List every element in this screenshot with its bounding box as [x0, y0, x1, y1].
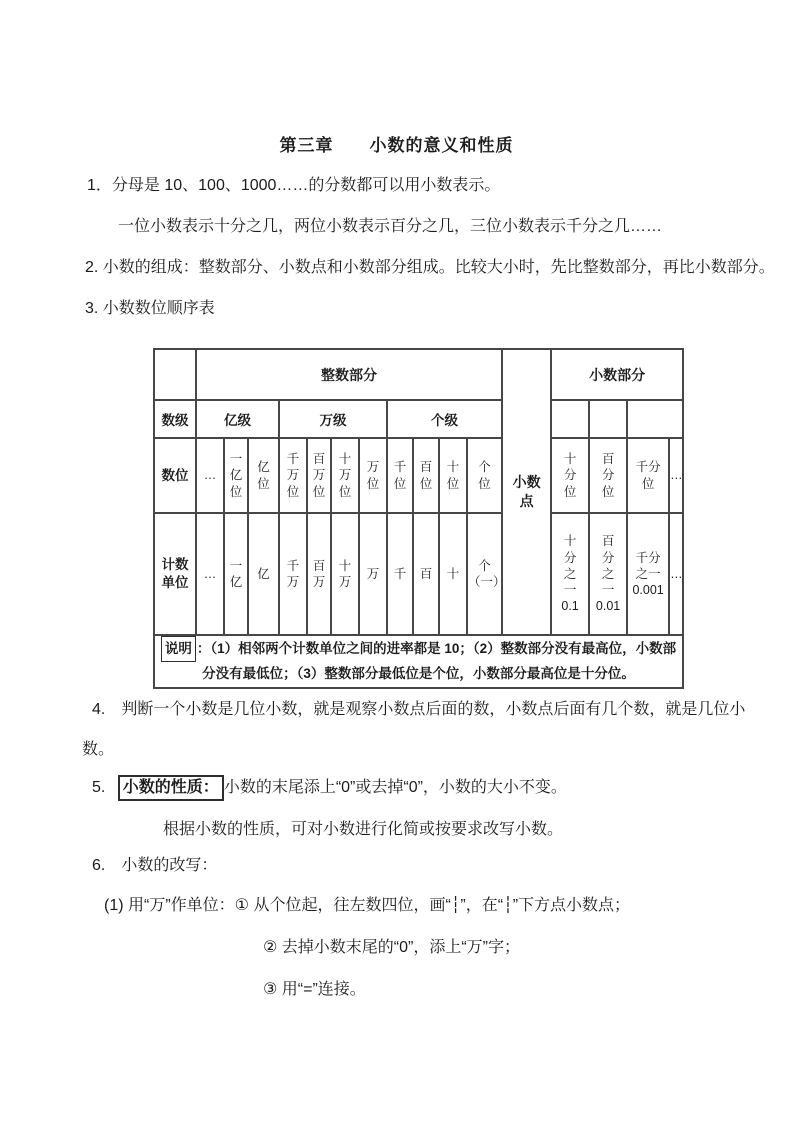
- level-wan: 万级: [279, 400, 387, 438]
- unit-cell: …: [669, 513, 683, 635]
- paragraph-6-step3: ③ 用“=”连接。: [263, 980, 366, 1000]
- paragraph-5-number: 5.: [92, 778, 105, 798]
- unit-cell: 万: [359, 513, 387, 635]
- unit-cell: 百 分 之 一 0.01: [589, 513, 627, 635]
- empty-cell: [627, 400, 683, 438]
- place-cell: 百 位: [413, 438, 439, 513]
- empty-cell: [589, 400, 627, 438]
- place-cell: …: [196, 438, 224, 513]
- paragraph-5-text: 小数的末尾添上“0”或去掉“0”，小数的大小不变。: [224, 779, 567, 796]
- empty-cell: [551, 400, 589, 438]
- corner-cell: [154, 349, 196, 400]
- unit-cell: 百 万: [307, 513, 331, 635]
- unit-cell: 十 万: [331, 513, 359, 635]
- integer-part-header: 整数部分: [196, 349, 502, 400]
- place-cell: 万 位: [359, 438, 387, 513]
- row-label-place: 数位: [154, 438, 196, 513]
- paragraph-2: 2. 小数的组成：整数部分、小数点和小数部分组成。比较大小时，先比整数部分，再比…: [85, 258, 775, 278]
- place-cell: 千分 位: [627, 438, 669, 513]
- paragraph-6: 6. 小数的改写：: [92, 856, 217, 876]
- paragraph-6-step2: ② 去掉小数末尾的“0”，添上“万”字；: [263, 938, 520, 958]
- note-text: ：（1）相邻两个计数单位之间的进率都是 10；（2）整数部分没有最高位，小数部分…: [197, 641, 676, 681]
- document-page: 第三章 小数的意义和性质 1．分母是 10、100、1000……的分数都可以用小…: [0, 0, 793, 1122]
- table-note: 说明：（1）相邻两个计数单位之间的进率都是 10；（2）整数部分没有最高位，小数…: [154, 635, 683, 688]
- page-title: 第三章 小数的意义和性质: [0, 131, 793, 156]
- place-cell: 亿 位: [248, 438, 279, 513]
- place-cell: 十 位: [439, 438, 467, 513]
- unit-cell: 千分 之一 0.001: [627, 513, 669, 635]
- row-label-level: 数级: [154, 400, 196, 438]
- paragraph-1-line2: 一位小数表示十分之几，两位小数表示百分之几，三位小数表示千分之几……: [118, 217, 662, 237]
- paragraph-1-line1: 1．分母是 10、100、1000……的分数都可以用小数表示。: [87, 176, 500, 196]
- paragraph-5: 5. 小数的性质：小数的末尾添上“0”或去掉“0”，小数的大小不变。: [92, 775, 567, 801]
- row-label-unit: 计数 单位: [154, 513, 196, 635]
- paragraph-4-line1: 4. 判断一个小数是几位小数，就是观察小数点后面的数，小数点后面有几个数，就是几…: [92, 700, 745, 720]
- place-cell: 千 位: [387, 438, 413, 513]
- paragraph-5-sub: 根据小数的性质，可对小数进行化简或按要求改写小数。: [163, 820, 563, 840]
- level-yi: 亿级: [196, 400, 279, 438]
- unit-cell: 十: [439, 513, 467, 635]
- place-cell: 十 万 位: [331, 438, 359, 513]
- unit-cell: 千 万: [279, 513, 307, 635]
- place-cell: …: [669, 438, 683, 513]
- unit-cell: 个 （一）: [467, 513, 502, 635]
- paragraph-4-line2: 数。: [82, 740, 114, 760]
- place-cell: 十 分 位: [551, 438, 589, 513]
- paragraph-6-step1: (1) 用“万”作单位：① 从个位起，往左数四位，画“┆”，在“┆”下方点小数点…: [104, 896, 630, 916]
- decimal-part-header: 小数部分: [551, 349, 683, 400]
- unit-cell: 百: [413, 513, 439, 635]
- unit-cell: 十 分 之 一 0.1: [551, 513, 589, 635]
- place-cell: 百 万 位: [307, 438, 331, 513]
- place-cell: 百 分 位: [589, 438, 627, 513]
- place-cell: 千 万 位: [279, 438, 307, 513]
- unit-cell: …: [196, 513, 224, 635]
- level-ge: 个级: [387, 400, 502, 438]
- place-cell: 个 位: [467, 438, 502, 513]
- place-value-table: 整数部分 小数 点 小数部分 数级 亿级 万级 个级 数位 … 一 亿 位 亿 …: [153, 348, 684, 689]
- unit-cell: 亿: [248, 513, 279, 635]
- decimal-property-box: 小数的性质：: [118, 775, 224, 801]
- unit-cell: 千: [387, 513, 413, 635]
- unit-cell: 一 亿: [224, 513, 248, 635]
- decimal-point-cell: 小数 点: [502, 349, 551, 635]
- note-label: 说明: [161, 636, 196, 662]
- paragraph-3: 3. 小数数位顺序表: [85, 299, 215, 319]
- place-cell: 一 亿 位: [224, 438, 248, 513]
